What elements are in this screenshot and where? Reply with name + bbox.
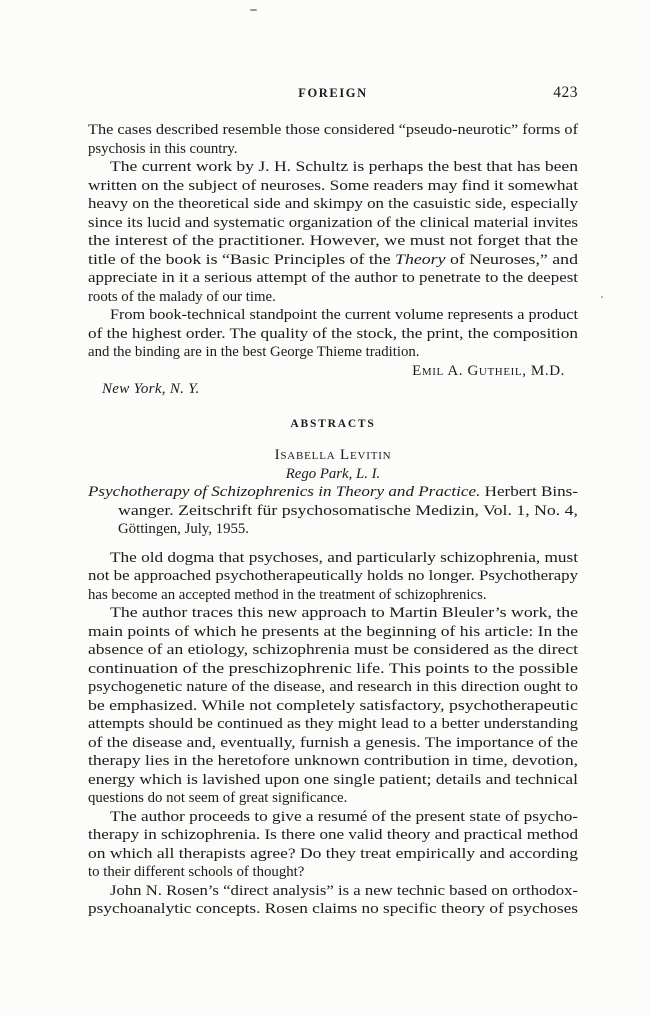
text-line: Psychotherapy of Schizophrenics in Theor… [88, 483, 578, 502]
text-line: since its lucid and systematic organizat… [88, 214, 578, 233]
text-line: absence of an etiology, schizophrenia mu… [88, 641, 578, 660]
location: New York, N. Y. [88, 380, 578, 399]
text-line: roots of the malady of our time. [88, 288, 578, 307]
paragraph: The cases described resemble those consi… [88, 121, 578, 158]
text-line: psychosis in this country. [88, 140, 578, 159]
page-header: FOREIGN 423 [88, 86, 578, 102]
text-line: be emphasized. While not completely sati… [88, 697, 578, 716]
text-line: of the disease and, eventually, furnish … [88, 734, 578, 753]
author-location: Rego Park, L. I. [88, 465, 578, 484]
text-line: written on the subject of neuroses. Some… [88, 177, 578, 196]
running-head: FOREIGN [88, 86, 578, 101]
text-line: of the highest order. The quality of the… [88, 325, 578, 344]
text-line: has become an accepted method in the tre… [88, 586, 578, 605]
citation: Psychotherapy of Schizophrenics in Theor… [88, 483, 578, 539]
text-line: wanger. Zeitschrift für psychosomatische… [88, 502, 578, 521]
text-line: main points of which he presents at the … [88, 623, 578, 642]
author-name: Isabella Levitin [88, 446, 578, 465]
paragraph: John N. Rosen’s “direct analysis” is a n… [88, 882, 578, 919]
paragraph: The old dogma that psychoses, and partic… [88, 549, 578, 605]
paragraph: From book-technical standpoint the curre… [88, 306, 578, 362]
text-line: psychoanalytic concepts. Rosen claims no… [88, 900, 578, 919]
page-number: 423 [553, 84, 578, 102]
text-line: John N. Rosen’s “direct analysis” is a n… [88, 882, 578, 901]
text-line: to their different schools of thought? [88, 863, 578, 882]
text-line: title of the book is “Basic Principles o… [88, 251, 578, 270]
scanned-page: FOREIGN 423 The cases described resemble… [0, 0, 650, 1016]
text-line: therapy in schizophrenia. Is there one v… [88, 826, 578, 845]
text-line: and the binding are in the best George T… [88, 343, 578, 362]
paragraph: The author traces this new approach to M… [88, 604, 578, 808]
text-line: energy which is lavished upon one single… [88, 771, 578, 790]
text-line: heavy on the theoretical side and skimpy… [88, 195, 578, 214]
text-line: the interest of the practitioner. Howeve… [88, 232, 578, 251]
text-line: continuation of the preschizophrenic lif… [88, 660, 578, 679]
text-line: attempts should be continued as they mig… [88, 715, 578, 734]
paragraph: The author proceeds to give a resumé of … [88, 808, 578, 882]
text-line: The cases described resemble those consi… [88, 121, 578, 140]
text-line: The old dogma that psychoses, and partic… [88, 549, 578, 568]
text-line: therapy lies in the heretofore unknown c… [88, 752, 578, 771]
scan-speck [250, 9, 257, 11]
text-line: The author traces this new approach to M… [88, 604, 578, 623]
body-column: The cases described resemble those consi… [88, 121, 578, 919]
text-line: on which all therapists agree? Do they t… [88, 845, 578, 864]
text-line: Göttingen, July, 1955. [88, 520, 578, 539]
text-line: not be approached psychotherapeutically … [88, 567, 578, 586]
text-line: appreciate in it a serious attempt of th… [88, 269, 578, 288]
text-line: questions do not seem of great significa… [88, 789, 578, 808]
text-line: From book-technical standpoint the curre… [88, 306, 578, 325]
text-line: psychogenetic nature of the disease, and… [88, 678, 578, 697]
text-line: The current work by J. H. Schultz is per… [88, 158, 578, 177]
section-heading: ABSTRACTS [88, 415, 578, 434]
paragraph: The current work by J. H. Schultz is per… [88, 158, 578, 306]
scan-speck [601, 296, 603, 298]
signature: Emil A. Gutheil, M.D. [88, 362, 578, 381]
text-line: The author proceeds to give a resumé of … [88, 808, 578, 827]
